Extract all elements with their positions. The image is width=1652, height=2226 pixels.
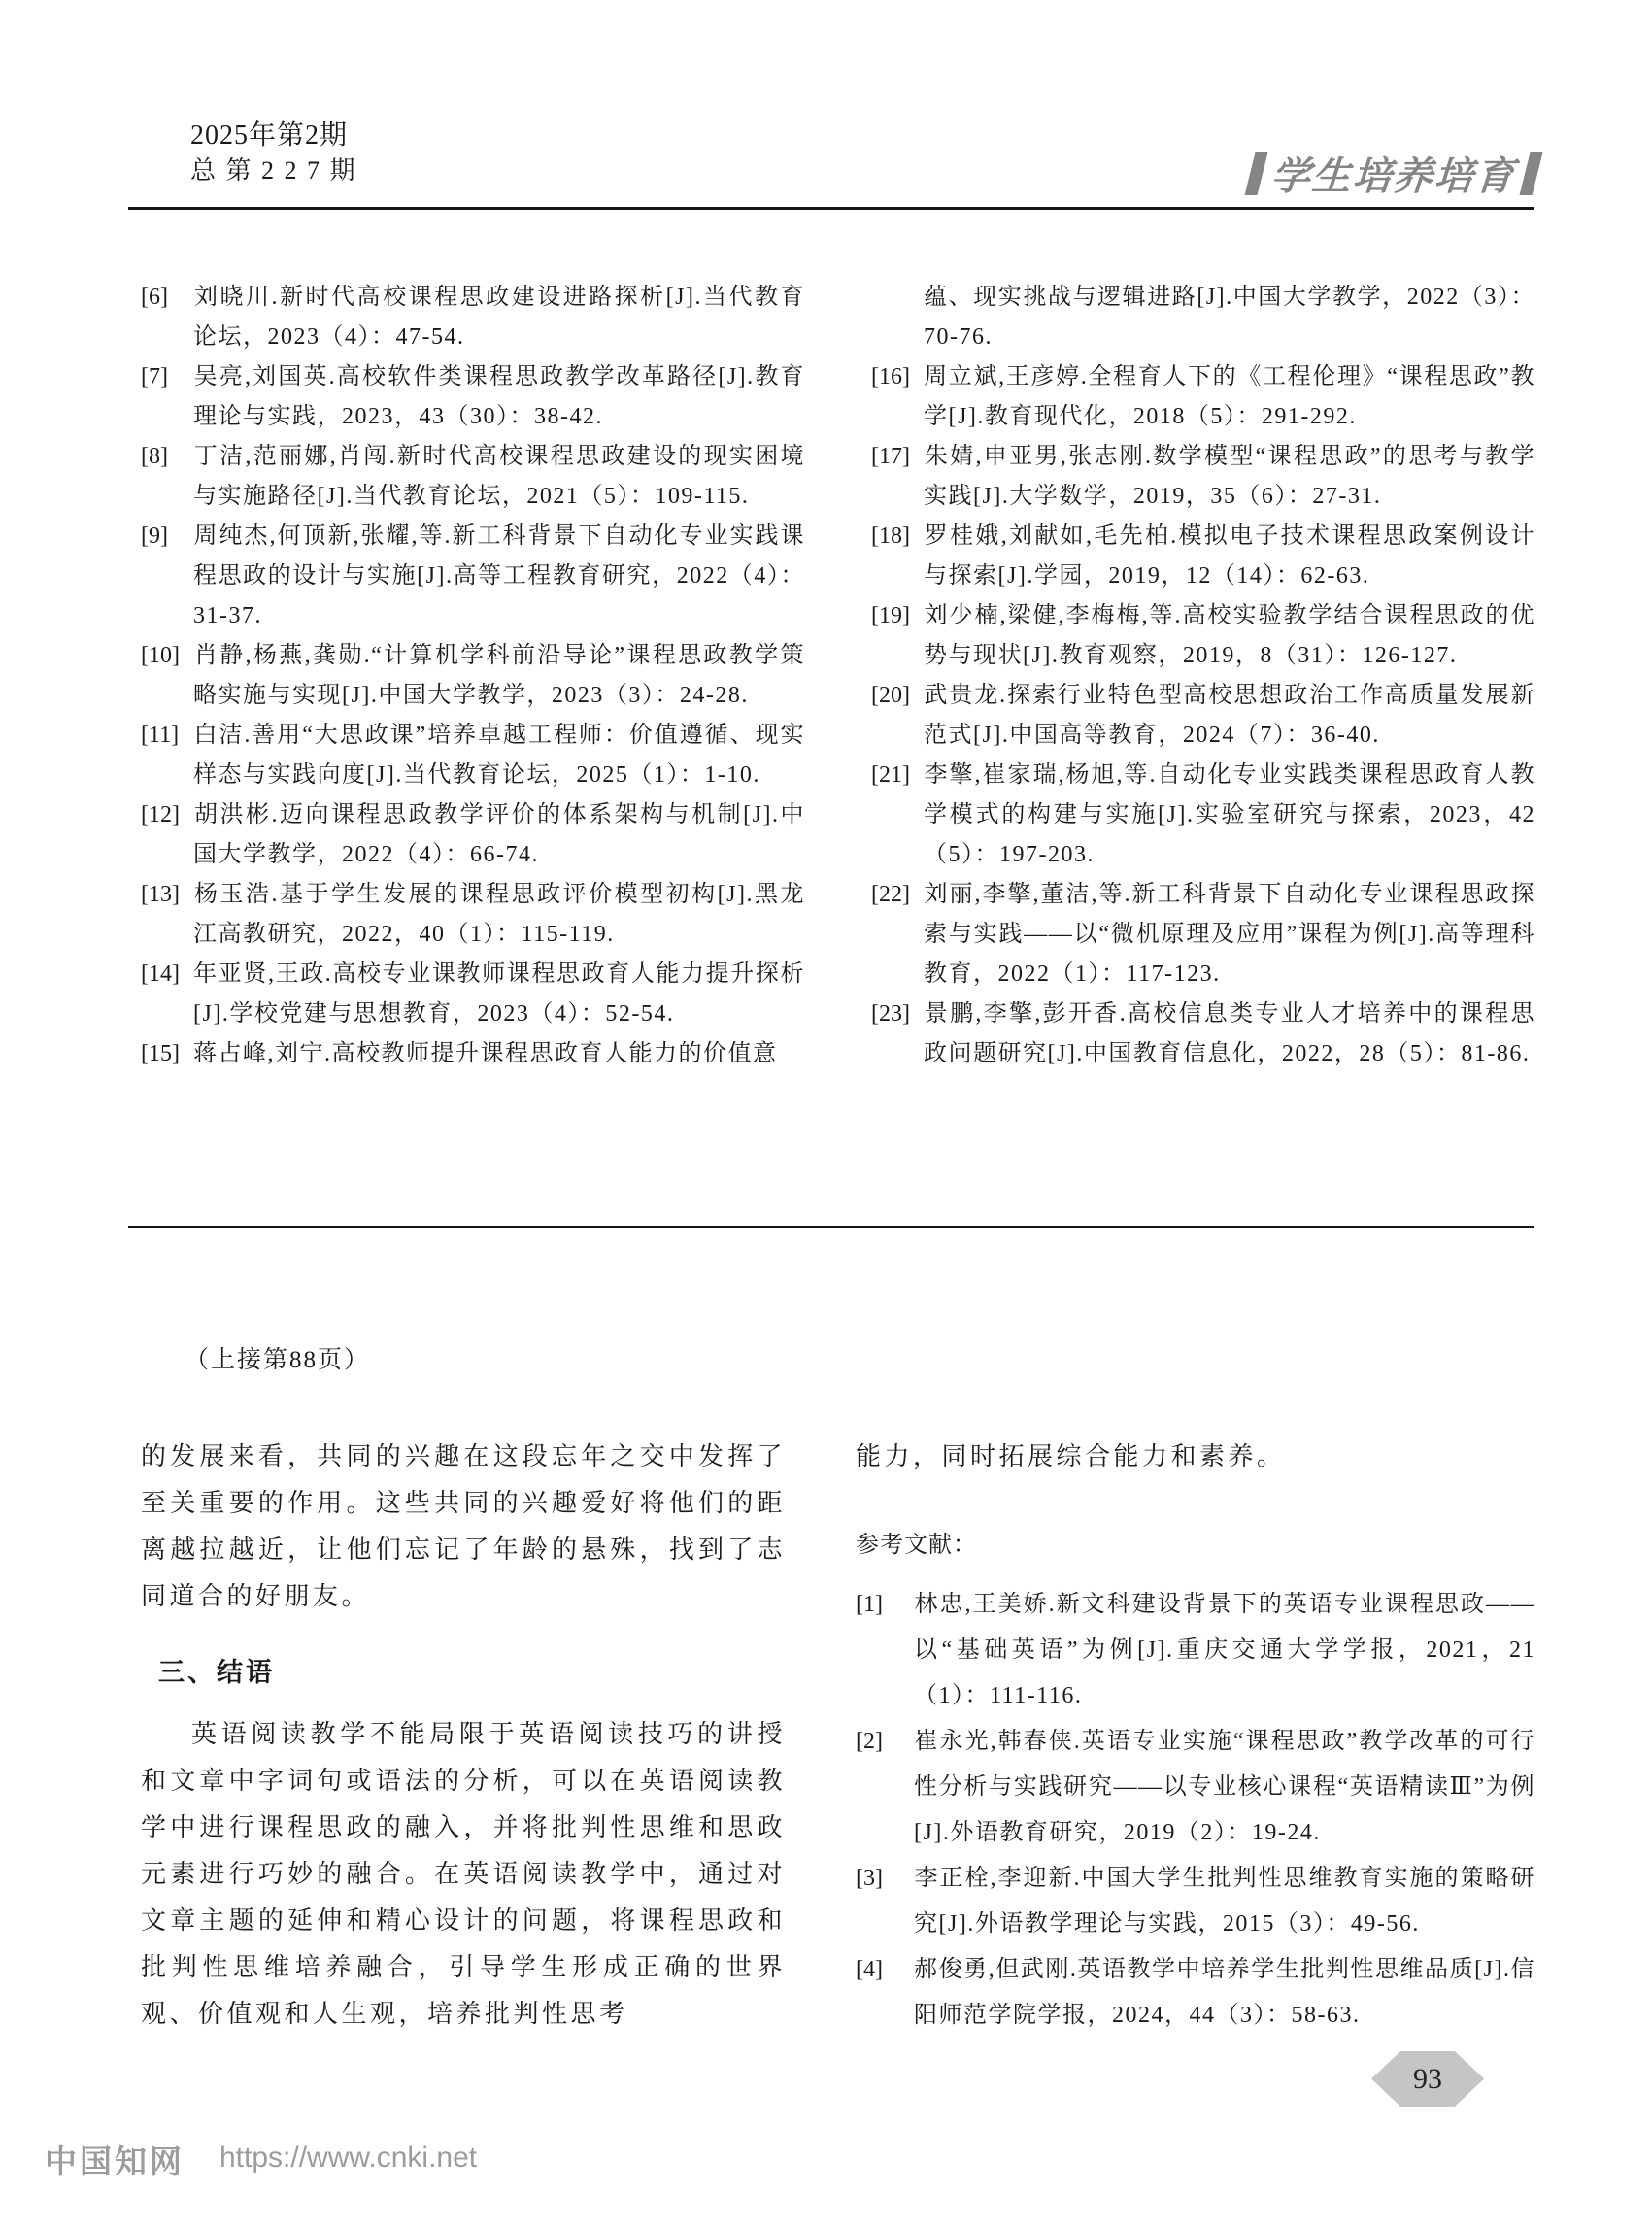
header-divider [128,207,1534,210]
reference-item: [7]吴亮,刘国英.高校软件类课程思政教学改革路径[J].教育理论与实践，202… [141,357,805,437]
issue-total-number: 总 第 2 2 7 期 [190,153,357,188]
issue-year-number: 2025年第2期 [190,118,357,153]
badge-right-bar-icon [1520,152,1543,195]
reference-text: 刘少楠,梁健,李梅梅,等.高校实验教学结合课程思政的优势与现状[J].教育观察，… [924,603,1535,668]
reference-item: [18]罗桂娥,刘献如,毛先柏.模拟电子技术课程思政案例设计与探索[J].学园，… [871,517,1535,596]
badge-left-bar-icon [1245,152,1268,195]
reference-label: [15] [141,1034,193,1074]
page-number-badge: 93 [1371,2051,1484,2107]
references-bottom-list: [1]林忠,王美娇.新文科建设背景下的英语专业课程思政——以“基础英语”为例[J… [856,1582,1535,2039]
conclusion-heading: 三、结语 [158,1649,786,1696]
reference-item: [4]郝俊勇,但武刚.英语教学中培养学生批判性思维品质[J].信阳师范学院学报，… [856,1947,1535,2039]
reference-label: [16] [871,357,924,397]
reference-item: [12]胡洪彬.迈向课程思政教学评价的体系架构与机制[J].中国大学教学，202… [141,795,805,875]
reference-text: 肖静,杨燕,龚勋.“计算机学科前沿导论”课程思政教学策略实施与实现[J].中国大… [193,643,805,708]
reference-label: [17] [871,437,924,477]
article-paragraph: 能力，同时拓展综合能力和素养。 [856,1433,1535,1480]
reference-label: [11] [141,716,193,756]
reference-label: [1] [856,1582,914,1628]
reference-item: [17]朱婧,申亚男,张志刚.数学模型“课程思政”的思考与教学实践[J].大学数… [871,437,1535,517]
article-paragraph: 的发展来看，共同的兴趣在这段忘年之交中发挥了至关重要的作用。这些共同的兴趣爱好将… [141,1433,786,1620]
reference-label: [18] [871,517,924,556]
reference-text: 蒋占峰,刘宁.高校教师提升课程思政育人能力的价值意 [193,1041,778,1066]
continued-article-section: 的发展来看，共同的兴趣在这段忘年之交中发挥了至关重要的作用。这些共同的兴趣爱好将… [141,1433,1535,2039]
issue-info: 2025年第2期 总 第 2 2 7 期 [190,118,357,188]
reference-item: [13]杨玉浩.基于学生发展的课程思政评价模型初构[J].黑龙江高教研究，202… [141,875,805,955]
reference-text: 刘晓川.新时代高校课程思政建设进路探析[J].当代教育论坛，2023（4）：47… [193,285,805,350]
cnki-logo: 中国知网 [45,2137,185,2182]
references-heading: 参考文献： [856,1525,1535,1559]
reference-item: [3]李正栓,李迎新.中国大学生批判性思维教育实施的策略研究[J].外语教学理论… [856,1856,1535,1947]
journal-page: 2025年第2期 总 第 2 2 7 期 学生培养培育 [6]刘晓川.新时代高校… [0,0,1652,2226]
reference-text: 李擎,崔家瑞,杨旭,等.自动化专业实践类课程思政育人教学模式的构建与实施[J].… [924,762,1535,867]
reference-text: 罗桂娥,刘献如,毛先柏.模拟电子技术课程思政案例设计与探索[J].学园，2019… [924,523,1535,589]
reference-text: 周立斌,王彦婷.全程育人下的《工程伦理》“课程思政”教学[J].教育现代化，20… [924,364,1535,429]
reference-label: [10] [141,636,193,676]
reference-label: [13] [141,875,193,915]
reference-label: [4] [856,1947,914,1993]
reference-item: [14]年亚贤,王政.高校专业课教师课程思政育人能力提升探析[J].学校党建与思… [141,955,805,1034]
reference-label: [19] [871,596,924,636]
reference-text: 郝俊勇,但武刚.英语教学中培养学生批判性思维品质[J].信阳师范学院学报，202… [914,1957,1535,2028]
reference-text: 吴亮,刘国英.高校软件类课程思政教学改革路径[J].教育理论与实践，2023，4… [193,364,805,429]
reference-item: [1]林忠,王美娇.新文科建设背景下的英语专业课程思政——以“基础英语”为例[J… [856,1582,1535,1719]
reference-item: [6]刘晓川.新时代高校课程思政建设进路探析[J].当代教育论坛，2023（4）… [141,278,805,357]
reference-label: [22] [871,875,924,915]
reference-item: [19]刘少楠,梁健,李梅梅,等.高校实验教学结合课程思政的优势与现状[J].教… [871,596,1535,676]
page-number: 93 [1413,2063,1442,2096]
section-badge: 学生培养培育 [1250,146,1537,201]
reference-item: [21]李擎,崔家瑞,杨旭,等.自动化专业实践类课程思政育人教学模式的构建与实施… [871,756,1535,875]
references-column-left: [6]刘晓川.新时代高校课程思政建设进路探析[J].当代教育论坛，2023（4）… [141,278,805,1074]
reference-text: 景鹏,李擎,彭开香.高校信息类专业人才培养中的课程思政问题研究[J].中国教育信… [924,1001,1535,1066]
reference-text: 李正栓,李迎新.中国大学生批判性思维教育实施的策略研究[J].外语教学理论与实践… [914,1866,1535,1937]
reference-item: [20]武贵龙.探索行业特色型高校思想政治工作高质量发展新范式[J].中国高等教… [871,676,1535,756]
reference-item: [23]景鹏,李擎,彭开香.高校信息类专业人才培养中的课程思政问题研究[J].中… [871,995,1535,1074]
article-column-right: 能力，同时拓展综合能力和素养。 参考文献： [1]林忠,王美娇.新文科建设背景下… [856,1433,1535,2039]
reference-label: [9] [141,517,193,556]
reference-item: [15]蒋占峰,刘宁.高校教师提升课程思政育人能力的价值意 [141,1034,805,1074]
reference-item: [10]肖静,杨燕,龚勋.“计算机学科前沿导论”课程思政教学策略实施与实现[J]… [141,636,805,716]
reference-text: 年亚贤,王政.高校专业课教师课程思政育人能力提升探析[J].学校党建与思想教育，… [193,961,805,1027]
reference-text: 林忠,王美娇.新文科建设背景下的英语专业课程思政——以“基础英语”为例[J].重… [914,1592,1535,1708]
reference-item: [2]崔永光,韩春侠.英语专业实施“课程思政”教学改革的可行性分析与实践研究——… [856,1719,1535,1856]
article-column-left: 的发展来看，共同的兴趣在这段忘年之交中发挥了至关重要的作用。这些共同的兴趣爱好将… [141,1433,786,2039]
reference-label: [23] [871,995,924,1034]
reference-label: [7] [141,357,193,397]
reference-text: 周纯杰,何顶新,张耀,等.新工科背景下自动化专业实践课程思政的设计与实施[J].… [193,523,805,628]
reference-label: [12] [141,795,193,835]
reference-label: [2] [856,1719,914,1765]
reference-text: 丁洁,范丽娜,肖闯.新时代高校课程思政建设的现实困境与实施路径[J].当代教育论… [193,444,805,509]
reference-item: [16]周立斌,王彦婷.全程育人下的《工程伦理》“课程思政”教学[J].教育现代… [871,357,1535,437]
reference-text: 崔永光,韩春侠.英语专业实施“课程思政”教学改革的可行性分析与实践研究——以专业… [914,1729,1535,1845]
references-column-right: 蕴、现实挑战与逻辑进路[J].中国大学教学，2022（3）：70-76. [16… [871,278,1535,1074]
reference-label: [6] [141,278,193,318]
reference-label: [21] [871,756,924,795]
reference-text: 武贵龙.探索行业特色型高校思想政治工作高质量发展新范式[J].中国高等教育，20… [924,683,1535,748]
reference-label: [20] [871,676,924,716]
section-divider [128,1226,1534,1228]
reference-item: [11]白洁.善用“大思政课”培养卓越工程师：价值遵循、现实样态与实践向度[J]… [141,716,805,795]
reference-item: [22]刘丽,李擎,董洁,等.新工科背景下自动化专业课程思政探索与实践——以“微… [871,875,1535,995]
article-paragraph: 英语阅读教学不能局限于英语阅读技巧的讲授和文章中字词句或语法的分析，可以在英语阅… [141,1711,786,2038]
reference-text: 白洁.善用“大思政课”培养卓越工程师：价值遵循、现实样态与实践向度[J].当代教… [193,723,805,788]
reference-text: 朱婧,申亚男,张志刚.数学模型“课程思政”的思考与教学实践[J].大学数学，20… [924,444,1535,509]
reference-text: 蕴、现实挑战与逻辑进路[J].中国大学教学，2022（3）：70-76. [924,285,1535,350]
reference-item: [9]周纯杰,何顶新,张耀,等.新工科背景下自动化专业实践课程思政的设计与实施[… [141,517,805,636]
continued-from-note: （上接第88页） [185,1340,370,1375]
reference-label: [8] [141,437,193,477]
reference-item: 蕴、现实挑战与逻辑进路[J].中国大学教学，2022（3）：70-76. [871,278,1535,357]
section-badge-label: 学生培养培育 [1269,146,1518,201]
reference-label: [3] [856,1856,914,1902]
references-top-section: [6]刘晓川.新时代高校课程思政建设进路探析[J].当代教育论坛，2023（4）… [141,278,1535,1074]
cnki-url: https://www.cnki.net [219,2142,477,2175]
reference-text: 刘丽,李擎,董洁,等.新工科背景下自动化专业课程思政探索与实践——以“微机原理及… [924,882,1535,987]
reference-text: 杨玉浩.基于学生发展的课程思政评价模型初构[J].黑龙江高教研究，2022，40… [193,882,805,947]
reference-item: [8]丁洁,范丽娜,肖闯.新时代高校课程思政建设的现实困境与实施路径[J].当代… [141,437,805,517]
reference-label: [14] [141,955,193,995]
reference-text: 胡洪彬.迈向课程思政教学评价的体系架构与机制[J].中国大学教学，2022（4）… [193,802,805,867]
